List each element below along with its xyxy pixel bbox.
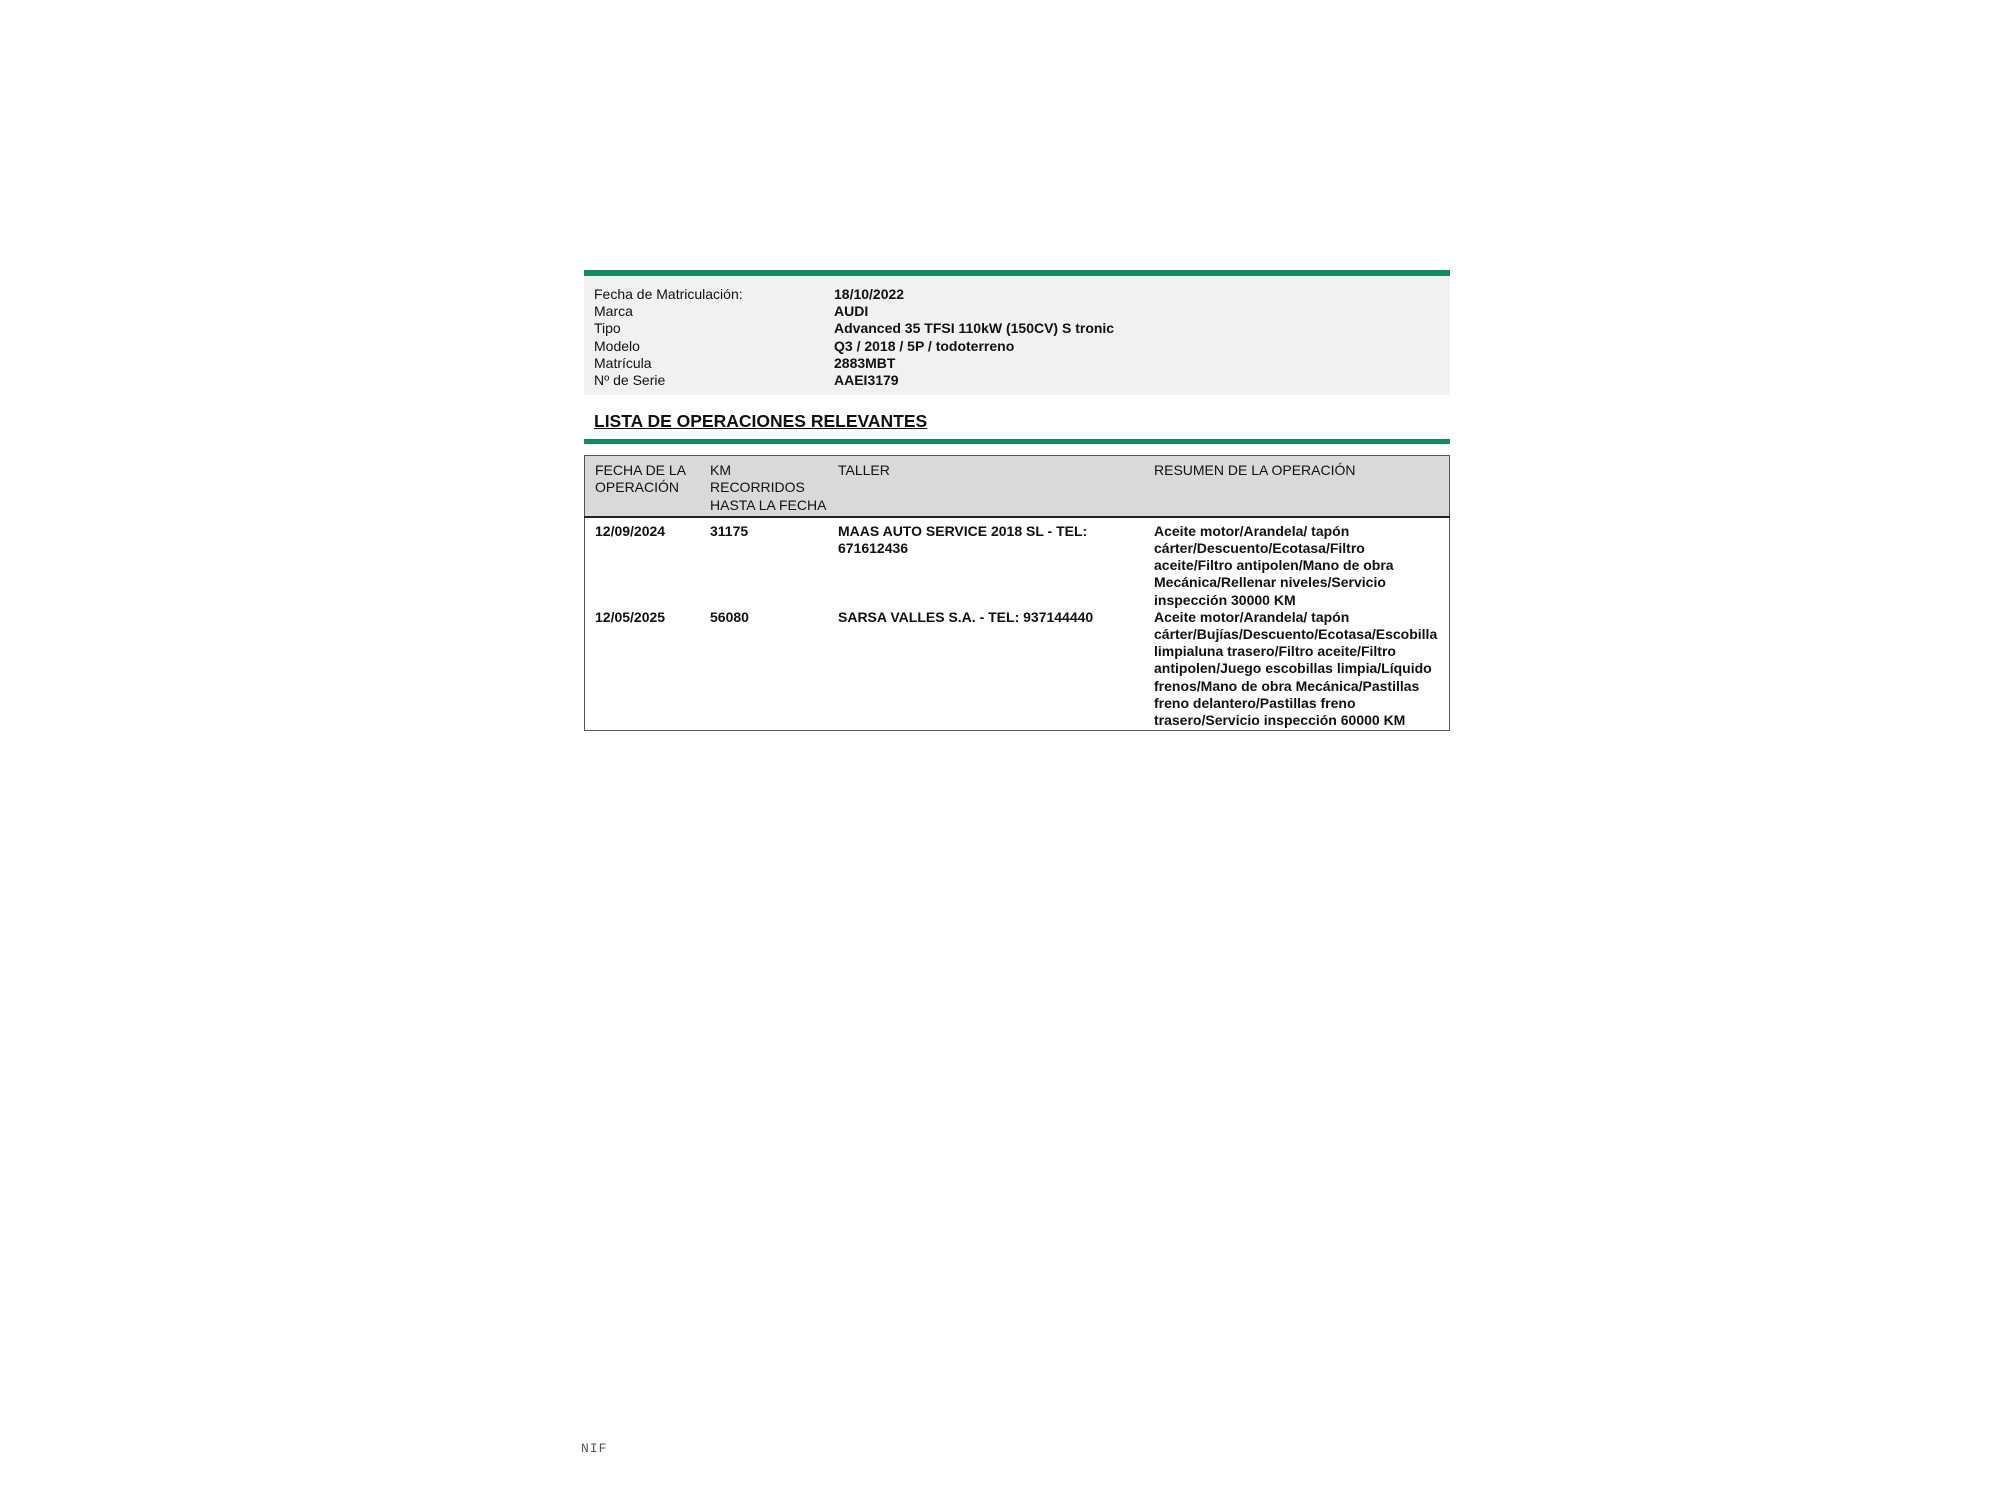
nif-label: NIF [581,1441,607,1456]
table-row: 12/05/2025 56080 SARSA VALLES S.A. - TEL… [585,609,1450,731]
header-date: FECHA DE LA OPERACIÓN [585,456,701,517]
info-value: 2883MBT [834,355,895,372]
info-value: AUDI [834,303,868,320]
header-summary: RESUMEN DE LA OPERACIÓN [1144,456,1450,517]
info-row-model: Modelo Q3 / 2018 / 5P / todoterreno [594,338,1440,355]
operations-table: FECHA DE LA OPERACIÓN KM RECORRIDOS HAST… [584,455,1450,731]
info-value: Advanced 35 TFSI 110kW (150CV) S tronic [834,320,1114,337]
info-row-registration-date: Fecha de Matriculación: 18/10/2022 [594,286,1440,303]
table-header-row: FECHA DE LA OPERACIÓN KM RECORRIDOS HAST… [585,456,1450,517]
info-label: Tipo [594,320,834,337]
cell-workshop: SARSA VALLES S.A. - TEL: 937144440 [828,609,1144,731]
info-label: Fecha de Matriculación: [594,286,834,303]
cell-workshop: MAAS AUTO SERVICE 2018 SL - TEL: 6716124… [828,517,1144,609]
vehicle-report: Fecha de Matriculación: 18/10/2022 Marca… [584,270,1450,731]
cell-summary: Aceite motor/Arandela/ tapón cárter/Bují… [1144,609,1450,731]
table-row: 12/09/2024 31175 MAAS AUTO SERVICE 2018 … [585,517,1450,609]
info-value: 18/10/2022 [834,286,904,303]
header-km: KM RECORRIDOS HASTA LA FECHA [700,456,828,517]
info-row-type: Tipo Advanced 35 TFSI 110kW (150CV) S tr… [594,320,1440,337]
section-title: LISTA DE OPERACIONES RELEVANTES [594,411,1450,435]
cell-km: 31175 [700,517,828,609]
info-row-serial: Nº de Serie AAEI3179 [594,372,1440,389]
section-divider [584,439,1450,444]
info-label: Nº de Serie [594,372,834,389]
info-row-plate: Matrícula 2883MBT [594,355,1440,372]
cell-date: 12/05/2025 [585,609,701,731]
info-label: Marca [594,303,834,320]
cell-date: 12/09/2024 [585,517,701,609]
vehicle-info-block: Fecha de Matriculación: 18/10/2022 Marca… [584,276,1450,395]
info-value: AAEI3179 [834,372,899,389]
info-label: Matrícula [594,355,834,372]
cell-summary: Aceite motor/Arandela/ tapón cárter/Desc… [1144,517,1450,609]
header-workshop: TALLER [828,456,1144,517]
info-label: Modelo [594,338,834,355]
cell-km: 56080 [700,609,828,731]
info-value: Q3 / 2018 / 5P / todoterreno [834,338,1014,355]
info-row-brand: Marca AUDI [594,303,1440,320]
